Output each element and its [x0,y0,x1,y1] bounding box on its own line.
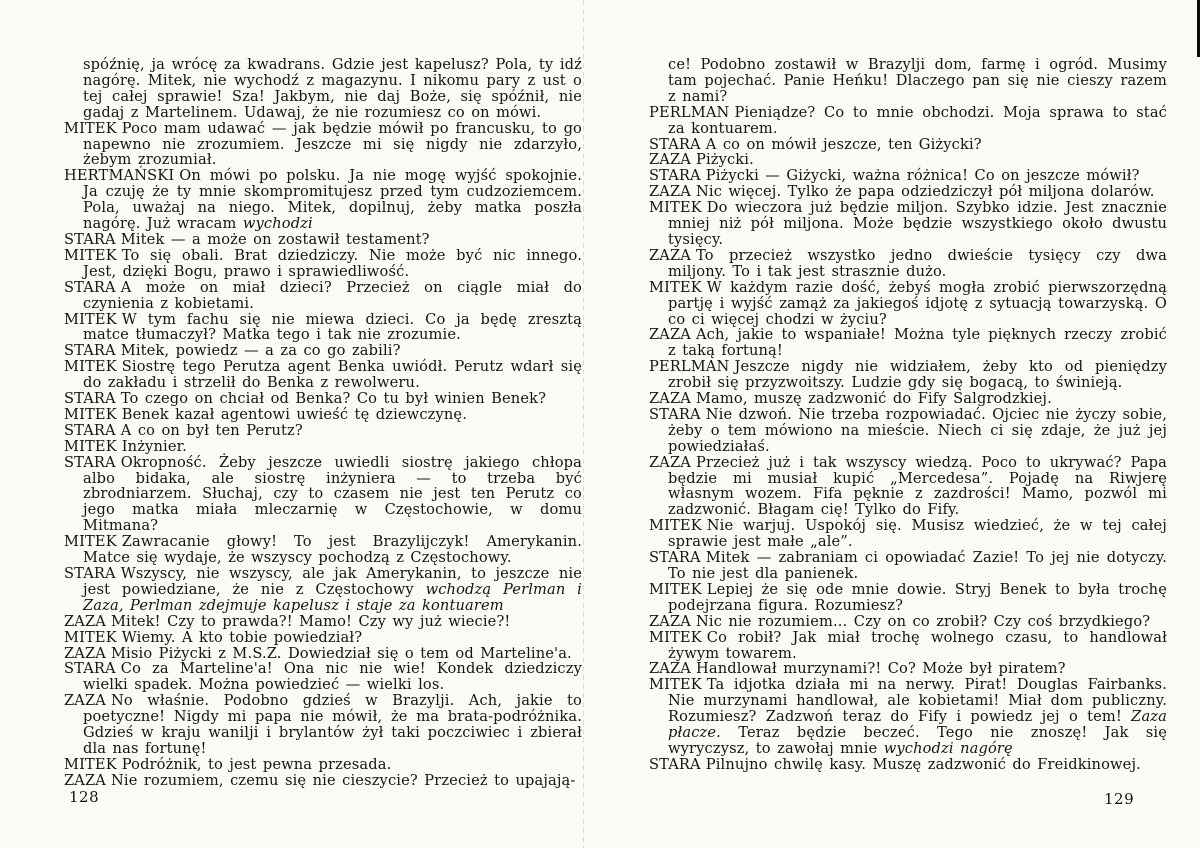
dialogue-line-stara: STARAPiżycki — Giżycki, ważna różnica! C… [649,168,1167,184]
speaker-name: ZAZA [649,613,691,630]
dialogue-text: A co on mówił jeszcze, ten Giżycki? [706,136,982,153]
speaker-name: PERLMAN [649,104,729,121]
dialogue-line-mitek: MITEKW każdym razie dość, żebyś mogła zr… [649,280,1167,328]
dialogue-line-stara: STARATo czego on chciał od Benka? Co tu … [64,391,582,407]
speaker-name: ZAZA [64,692,106,709]
speaker-name: STARA [649,756,701,773]
speaker-name: STARA [649,406,701,423]
dialogue-line-zaza: ZAZAPrzecież już i tak wszyscy wiedzą. P… [649,455,1167,519]
speaker-name: ZAZA [64,613,106,630]
dialogue-line-stara: STARAOkropność. Żeby jeszcze uwiedli sio… [64,455,582,535]
speaker-name: ZAZA [649,183,691,200]
dialogue-text: No właśnie. Podobno gdzieś w Brazylji. A… [83,692,582,757]
dialogue-text: W tym fachu się nie miewa dzieci. Co ja … [83,311,582,344]
page-number-right: 129 [1104,790,1134,808]
dialogue-line-zaza: ZAZAMisio Piżycki z M.S.Z. Dowiedział si… [64,646,582,662]
speaker-name: ZAZA [64,645,106,662]
dialogue-line-zaza: ZAZAAch, jakie to wspaniałe! Można tyle … [649,327,1167,359]
dialogue-line-mitek: MITEKPodróżnik, to jest pewna przesada. [64,757,582,773]
right-page-text-block: ce! Podobno zostawił w Brazylji dom, far… [649,57,1167,773]
dialogue-line-mitek: MITEKZawracanie głowy! To jest Brazylijc… [64,534,582,566]
dialogue-text: Nie rozumiem, czemu się nie cieszycie? P… [111,772,576,789]
dialogue-text: Zawracanie głowy! To jest Brazylijczyk! … [83,533,582,566]
speaker-name: STARA [649,136,701,153]
speaker-name: MITEK [64,311,117,328]
speaker-name: STARA [64,279,116,296]
stage-direction: wychodzi [243,215,313,232]
dialogue-text: Siostrę tego Perutza agent Benka uwiódł.… [83,358,582,391]
dialogue-text: Piżycki — Giżycki, ważna różnica! Co on … [706,167,1140,184]
dialogue-line-zaza: ZAZATo przecież wszystko jedno dwieście … [649,248,1167,280]
speaker-name: MITEK [649,676,702,693]
dialogue-text: Mamo, muszę zadzwonić do Fify Salgrodzki… [696,390,1052,407]
speaker-name: STARA [64,454,116,471]
dialogue-text: Okropność. Żeby jeszcze uwiedli siostrę … [83,454,582,535]
dialogue-text: Do wieczora już będzie miljon. Szybko id… [668,199,1167,248]
dialogue-text: Co za Marteline'a! Ona nic nie wie! Kond… [83,660,582,693]
dialogue-text: Co robił? Jak miał trochę wolnego czasu,… [668,629,1167,662]
dialogue-text: To przecież wszystko jedno dwieście tysi… [668,247,1167,280]
dialogue-text: Ach, jakie to wspaniałe! Można tyle pięk… [668,326,1167,359]
speaker-name: STARA [649,549,701,566]
dialogue-text: Nie dzwoń. Nie trzeba rozpowiadać. Ojcie… [668,406,1167,455]
dialogue-text: Poco mam udawać — jak będzie mówił po fr… [83,120,582,169]
page-number-left: 128 [69,788,99,806]
speaker-name: ZAZA [649,151,691,168]
speaker-name: ZAZA [64,772,106,789]
dialogue-text: Jeszcze nigdy nie widziałem, żeby kto od… [668,358,1167,391]
dialogue-line-zaza: ZAZANo właśnie. Podobno gdzieś w Brazylj… [64,693,582,757]
speaker-name: ZAZA [649,247,691,264]
dialogue-line-perlman: PERLMANPieniądze? Co to mnie obchodzi. M… [649,105,1167,137]
dialogue-line-zaza: ZAZAMitek! Czy to prawda?! Mamo! Czy wy … [64,614,582,630]
dialogue-line-continuation: ce! Podobno zostawił w Brazylji dom, far… [649,57,1167,105]
dialogue-line-mitek: MITEKCo robił? Jak miał trochę wolnego c… [649,630,1167,662]
dialogue-text: Mitek! Czy to prawda?! Mamo! Czy wy już … [111,613,510,630]
dialogue-line-hertmański: HERTMAŃSKIOn mówi po polsku. Ja nie mogę… [64,168,582,232]
dialogue-text: Przecież już i tak wszyscy wiedzą. Poco … [668,454,1167,519]
dialogue-text: ce! Podobno zostawił w Brazylji dom, far… [668,56,1167,105]
speaker-name: STARA [64,390,116,407]
stage-direction: wychodzi nagórę [884,740,1013,757]
dialogue-text: Benek kazał agentowi uwieść tę dziewczyn… [122,406,467,423]
speaker-name: STARA [64,342,116,359]
dialogue-line-zaza: ZAZANie rozumiem, czemu się nie cieszyci… [64,773,582,789]
dialogue-text: Handlował murzynami?! Co? Może był pirat… [696,660,1066,677]
dialogue-line-stara: STARAWszyscy, nie wszyscy, ale jak Amery… [64,566,582,614]
dialogue-text: To się obali. Brat dziedziczy. Nie może … [83,247,582,280]
speaker-name: STARA [64,231,116,248]
dialogue-text: Inżynier. [122,438,187,455]
dialogue-line-stara: STARANie dzwoń. Nie trzeba rozpowiadać. … [649,407,1167,455]
dialogue-text: A może on miał dzieci? Przecież on ciągl… [83,279,582,312]
dialogue-text: Lepiej że się ode mnie dowie. Stryj Bene… [668,581,1167,614]
speaker-name: MITEK [64,358,117,375]
dialogue-line-mitek: MITEKDo wieczora już będzie miljon. Szyb… [649,200,1167,248]
dialogue-text: Nic nie rozumiem... Czy on co zrobił? Cz… [696,613,1150,630]
dialogue-line-zaza: ZAZAMamo, muszę zadzwonić do Fify Salgro… [649,391,1167,407]
speaker-name: MITEK [64,406,117,423]
dialogue-line-perlman: PERLMANJeszcze nigdy nie widziałem, żeby… [649,359,1167,391]
dialogue-line-stara: STARAA co on mówił jeszcze, ten Giżycki? [649,137,1167,153]
dialogue-line-mitek: MITEKW tym fachu się nie miewa dzieci. C… [64,312,582,344]
dialogue-text: spóźnię, ja wrócę za kwadrans. Gdzie jes… [83,56,582,121]
speaker-name: MITEK [64,533,117,550]
dialogue-text: Wiemy. A kto tobie powiedział? [122,629,363,646]
dialogue-text: Mitek — a może on zostawił testament? [121,231,430,248]
speaker-name: MITEK [649,629,702,646]
book-scan: { "left_page": { "number": "128", "dialo… [0,0,1200,848]
speaker-name: STARA [64,422,116,439]
dialogue-line-stara: STARACo za Marteline'a! Ona nic nie wie!… [64,661,582,693]
speaker-name: MITEK [649,581,702,598]
dialogue-line-mitek: MITEKPoco mam udawać — jak będzie mówił … [64,121,582,169]
dialogue-line-stara: STARAA może on miał dzieci? Przecież on … [64,280,582,312]
dialogue-text: W każdym razie dość, żebyś mogła zrobić … [668,279,1167,328]
dialogue-line-zaza: ZAZANic więcej. Tylko że papa odziedzicz… [649,184,1167,200]
speaker-name: ZAZA [649,326,691,343]
dialogue-line-mitek: MITEKTa idjotka działa mi na nerwy. Pira… [649,677,1167,757]
dialogue-line-mitek: MITEKLepiej że się ode mnie dowie. Stryj… [649,582,1167,614]
dialogue-text: Pilnujno chwilę kasy. Muszę zadzwonić do… [706,756,1141,773]
dialogue-line-stara: STARAMitek — zabraniam ci opowiadać Zazi… [649,550,1167,582]
speaker-name: STARA [64,660,116,677]
dialogue-text: Misio Piżycki z M.S.Z. Dowiedział się o … [111,645,572,662]
dialogue-line-continuation: spóźnię, ja wrócę za kwadrans. Gdzie jes… [64,57,582,121]
dialogue-line-stara: STARAA co on był ten Perutz? [64,423,582,439]
speaker-name: MITEK [64,756,117,773]
dialogue-line-stara: STARAMitek — a może on zostawił testamen… [64,232,582,248]
dialogue-line-mitek: MITEKInżynier. [64,439,582,455]
speaker-name: ZAZA [649,454,691,471]
dialogue-line-zaza: ZAZAHandlował murzynami?! Co? Może był p… [649,661,1167,677]
dialogue-text: Pieniądze? Co to mnie obchodzi. Moja spr… [668,104,1167,137]
speaker-name: MITEK [64,629,117,646]
dialogue-line-mitek: MITEKNie warjuj. Uspokój się. Musisz wie… [649,518,1167,550]
speaker-name: ZAZA [649,390,691,407]
dialogue-text: Nie warjuj. Uspokój się. Musisz wiedzieć… [668,517,1167,550]
speaker-name: MITEK [64,247,117,264]
speaker-name: HERTMAŃSKI [64,167,174,184]
dialogue-text: Mitek — zabraniam ci opowiadać Zazie! To… [668,549,1167,582]
dialogue-line-zaza: ZAZAPiżycki. [649,152,1167,168]
dialogue-line-mitek: MITEKWiemy. A kto tobie powiedział? [64,630,582,646]
dialogue-text: Piżycki. [696,151,754,168]
speaker-name: MITEK [64,438,117,455]
dialogue-text: Ta idjotka działa mi na nerwy. Pirat! Do… [668,676,1167,725]
dialogue-text: Mitek, powiedz — a za co go zabili? [121,342,401,359]
dialogue-line-zaza: ZAZANic nie rozumiem... Czy on co zrobił… [649,614,1167,630]
dialogue-line-mitek: MITEKSiostrę tego Perutza agent Benka uw… [64,359,582,391]
speaker-name: MITEK [649,517,702,534]
speaker-name: MITEK [649,199,702,216]
dialogue-line-mitek: MITEKTo się obali. Brat dziedziczy. Nie … [64,248,582,280]
page-gutter-divider [583,0,584,848]
speaker-name: MITEK [64,120,117,137]
speaker-name: STARA [649,167,701,184]
dialogue-line-mitek: MITEKBenek kazał agentowi uwieść tę dzie… [64,407,582,423]
dialogue-text: A co on był ten Perutz? [121,422,303,439]
left-page-text-block: spóźnię, ja wrócę za kwadrans. Gdzie jes… [64,57,582,789]
dialogue-text: Nic więcej. Tylko że papa odziedziczył p… [696,183,1155,200]
speaker-name: ZAZA [649,660,691,677]
dialogue-line-stara: STARAPilnujno chwilę kasy. Muszę zadzwon… [649,757,1167,773]
speaker-name: MITEK [649,279,702,296]
dialogue-line-stara: STARAMitek, powiedz — a za co go zabili? [64,343,582,359]
dialogue-text: Podróżnik, to jest pewna przesada. [122,756,392,773]
dialogue-text: To czego on chciał od Benka? Co tu był w… [121,390,546,407]
speaker-name: STARA [64,565,116,582]
speaker-name: PERLMAN [649,358,729,375]
